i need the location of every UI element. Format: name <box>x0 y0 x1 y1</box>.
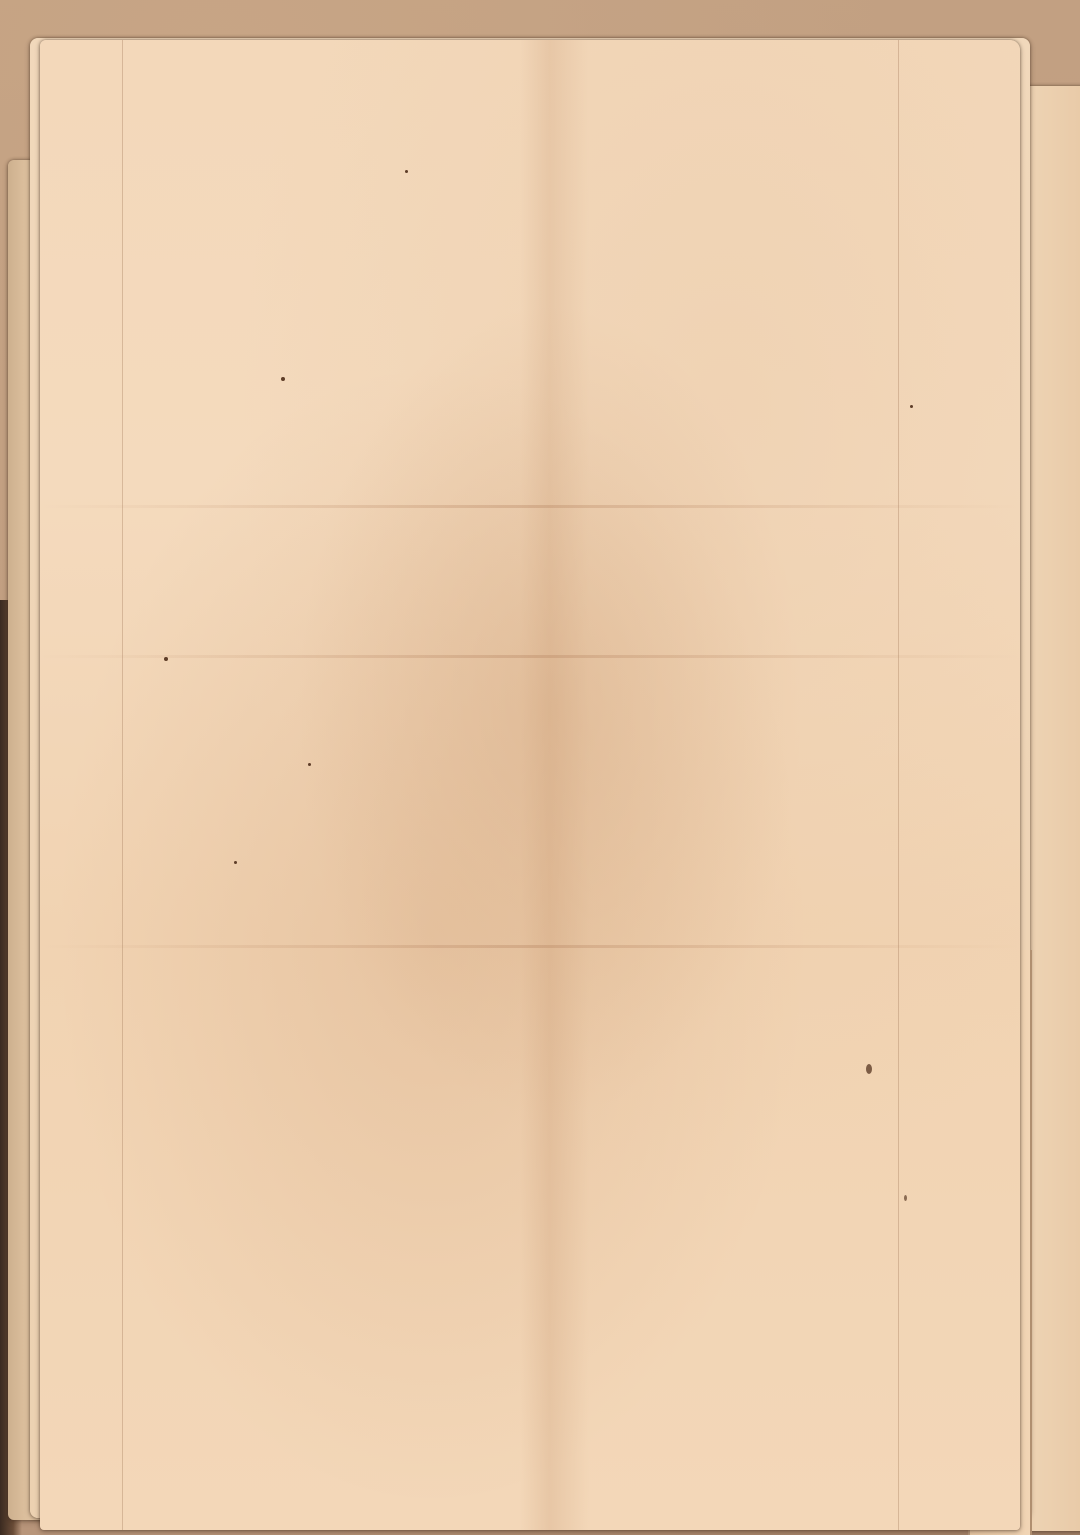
ink-spot <box>281 377 285 381</box>
crease-middle <box>40 655 1020 658</box>
main-paper-sheet <box>40 40 1020 1530</box>
rust-spot <box>866 1064 872 1074</box>
ink-spot <box>405 170 408 173</box>
ink-spot <box>910 405 913 408</box>
rust-spot <box>904 1195 907 1201</box>
left-margin-line <box>122 40 123 1530</box>
ink-spot <box>308 763 311 766</box>
ink-spot <box>164 657 168 661</box>
right-margin-line <box>898 40 899 1530</box>
horizontal-fold-upper <box>40 505 1020 508</box>
horizontal-fold-lower <box>40 945 1020 948</box>
ink-spot <box>234 861 237 864</box>
